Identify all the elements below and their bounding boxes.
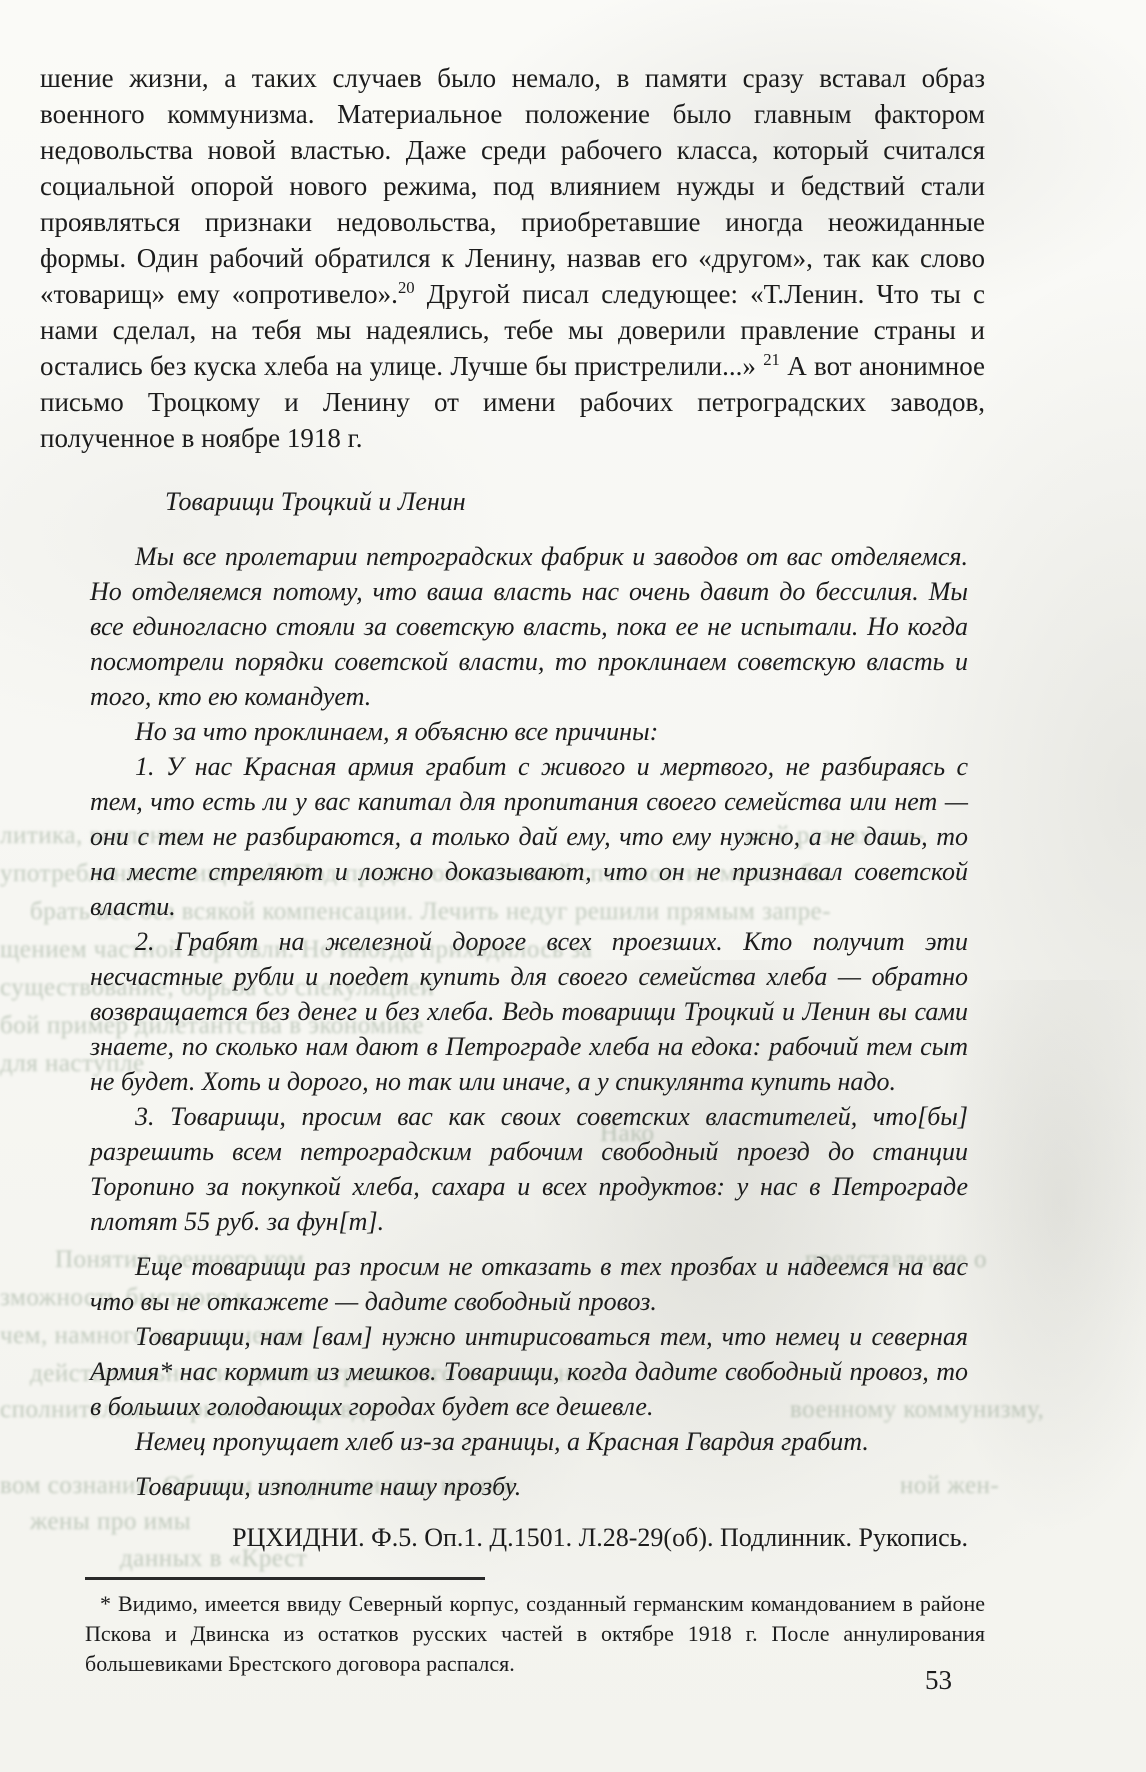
footnote-body: Видимо, имеется ввиду Северный корпус, с… [85, 1591, 985, 1676]
page-content: шение жизни, а таких случаев было немало… [40, 60, 985, 1679]
letter-paragraph: Товарищи, изполните нашу прозбу. [90, 1469, 968, 1504]
letter-paragraph: Товарищи, нам [вам] нужно интирисоваться… [90, 1319, 968, 1424]
letter-paragraph: Но за что проклинаем, я объясню все прич… [90, 714, 968, 749]
footnote: * Видимо, имеется ввиду Северный корпус,… [85, 1577, 985, 1679]
archive-citation: РЦХИДНИ. Ф.5. Оп.1. Д.1501. Л.28-29(об).… [90, 1520, 988, 1555]
quoted-letter: Товарищи Троцкий и Ленин Мы все пролетар… [90, 484, 968, 1555]
letter-paragraph: Еще товарищи раз просим не отказать в те… [90, 1249, 968, 1319]
letter-salutation: Товарищи Троцкий и Ленин [165, 484, 968, 519]
letter-paragraph: 2. Грабят на железной дороге всех проезш… [90, 924, 968, 1099]
footnote-text: * Видимо, имеется ввиду Северный корпус,… [85, 1589, 985, 1679]
footnote-divider [85, 1577, 485, 1580]
footnote-ref-20: 20 [398, 278, 415, 297]
letter-paragraph: 1. У нас Красная армия грабит с живого и… [90, 749, 968, 924]
letter-paragraph: Мы все пролетарии петроградских фабрик и… [90, 539, 968, 714]
intro-text-1: шение жизни, а таких случаев было немало… [40, 63, 985, 309]
footnote-ref-21: 21 [763, 350, 780, 369]
page-number: 53 [925, 1665, 952, 1696]
letter-paragraph: Немец пропущает хлеб из-за границы, а Кр… [90, 1424, 968, 1459]
intro-paragraph: шение жизни, а таких случаев было немало… [40, 60, 985, 456]
scanned-page: литика, вселенны ный размах зло- употреб… [0, 0, 1146, 1772]
footnote-marker: * [100, 1591, 111, 1616]
letter-paragraph: 3. Товарищи, просим вас как своих советс… [90, 1099, 968, 1239]
